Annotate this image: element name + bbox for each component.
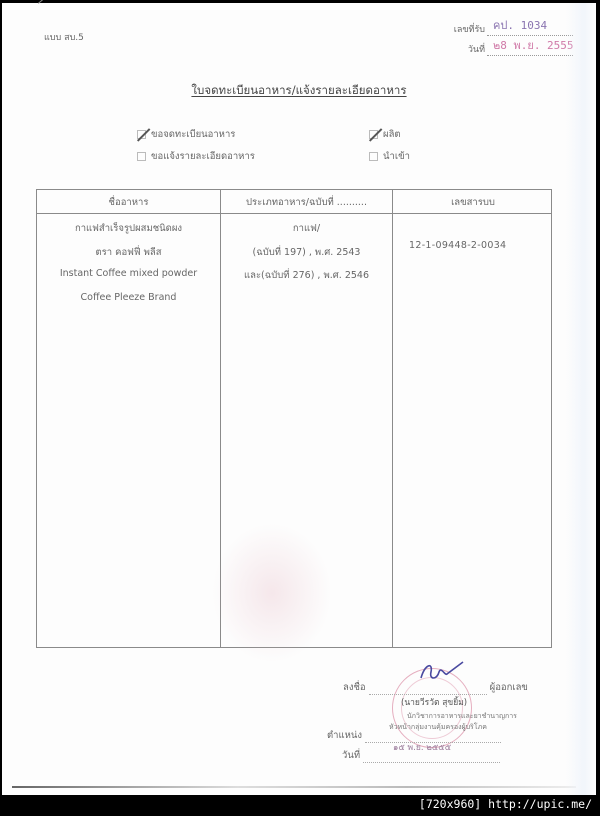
checkbox-icon[interactable] xyxy=(369,152,378,161)
received-date-value: ๒8 พ.ย. 2555 xyxy=(493,36,574,54)
header-food-category: ประเภทอาหาร/ฉบับที่ .......... xyxy=(221,195,392,210)
option-label: ขอแจ้งรายละเอียดอาหาร xyxy=(151,149,255,164)
received-info: เลขที่รับ คป. 1034 วันที่ ๒8 พ.ย. 2555 xyxy=(453,16,573,56)
option-label: ผลิต xyxy=(383,127,401,142)
corner-mark xyxy=(38,0,51,4)
column-divider xyxy=(392,190,393,647)
watermark: [720x960] http://upic.me/ xyxy=(419,797,592,811)
received-date-label: วันที่ xyxy=(453,42,485,56)
category-line: และ(ฉบับที่ 276) , พ.ศ. 2546 xyxy=(221,268,392,292)
signer-name: (นายวีรวัต สุขยิ้ม) xyxy=(401,695,467,709)
checkbox-checked-icon[interactable] xyxy=(369,130,378,139)
document-page: แบบ สบ.5 เลขที่รับ คป. 1034 วันที่ ๒8 พ.… xyxy=(2,3,596,795)
option-import[interactable]: นำเข้า xyxy=(369,149,410,164)
category-line: (ฉบับที่ 197) , พ.ศ. 2543 xyxy=(221,245,392,269)
option-label: นำเข้า xyxy=(383,149,410,164)
form-code: แบบ สบ.5 xyxy=(44,30,84,44)
checkbox-icon[interactable] xyxy=(137,152,146,161)
option-produce[interactable]: ผลิต xyxy=(369,127,401,142)
header-registration-number: เลขสารบบ xyxy=(393,195,553,210)
header-food-name: ชื่ออาหาร xyxy=(37,195,220,210)
header-divider xyxy=(37,213,551,214)
sign-label: ลงชื่อ xyxy=(343,680,366,695)
received-number-value: คป. 1034 xyxy=(493,16,547,34)
food-name-line: กาแฟสำเร็จรูปผสมชนิดผง xyxy=(37,221,220,245)
position-label: ตำแหน่ง xyxy=(327,728,362,743)
food-name-line: ตรา คอฟฟี่ พลีส xyxy=(37,245,220,269)
option-label: ขอจดทะเบียนอาหาร xyxy=(151,127,235,142)
date-label: วันที่ xyxy=(342,748,360,763)
cell-food-category: กาแฟ/ (ฉบับที่ 197) , พ.ศ. 2543 และ(ฉบับ… xyxy=(221,221,392,292)
food-name-line: Instant Coffee mixed powder xyxy=(37,268,220,292)
page-edge-shadow xyxy=(12,786,576,788)
signer-title: นักวิชาการอาหารและยาชำนาญการ xyxy=(407,711,517,722)
received-number-label: เลขที่รับ xyxy=(453,22,485,36)
checkbox-checked-icon[interactable] xyxy=(137,130,146,139)
option-register-food[interactable]: ขอจดทะเบียนอาหาร xyxy=(137,127,235,142)
cell-food-name: กาแฟสำเร็จรูปผสมชนิดผง ตรา คอฟฟี่ พลีส I… xyxy=(37,221,220,315)
document-title: ใบจดทะเบียนอาหาร/แจ้งรายละเอียดอาหาร xyxy=(2,82,596,100)
issuer-label: ผู้ออกเลข xyxy=(490,680,528,695)
food-table: ชื่ออาหาร ประเภทอาหาร/ฉบับที่ ..........… xyxy=(36,189,552,648)
food-name-line: Coffee Pleeze Brand xyxy=(37,292,220,316)
position-value: หัวหน้ากลุ่มงานคุ้มครองผู้บริโภค xyxy=(389,722,487,733)
cell-registration-number: 12-1-09448-2-0034 xyxy=(409,240,506,251)
category-line: กาแฟ/ xyxy=(221,221,392,245)
option-notify-details[interactable]: ขอแจ้งรายละเอียดอาหาร xyxy=(137,149,255,164)
sign-date-value: ๑๕ พ.ย. ๒๕๕๕ xyxy=(393,740,451,754)
